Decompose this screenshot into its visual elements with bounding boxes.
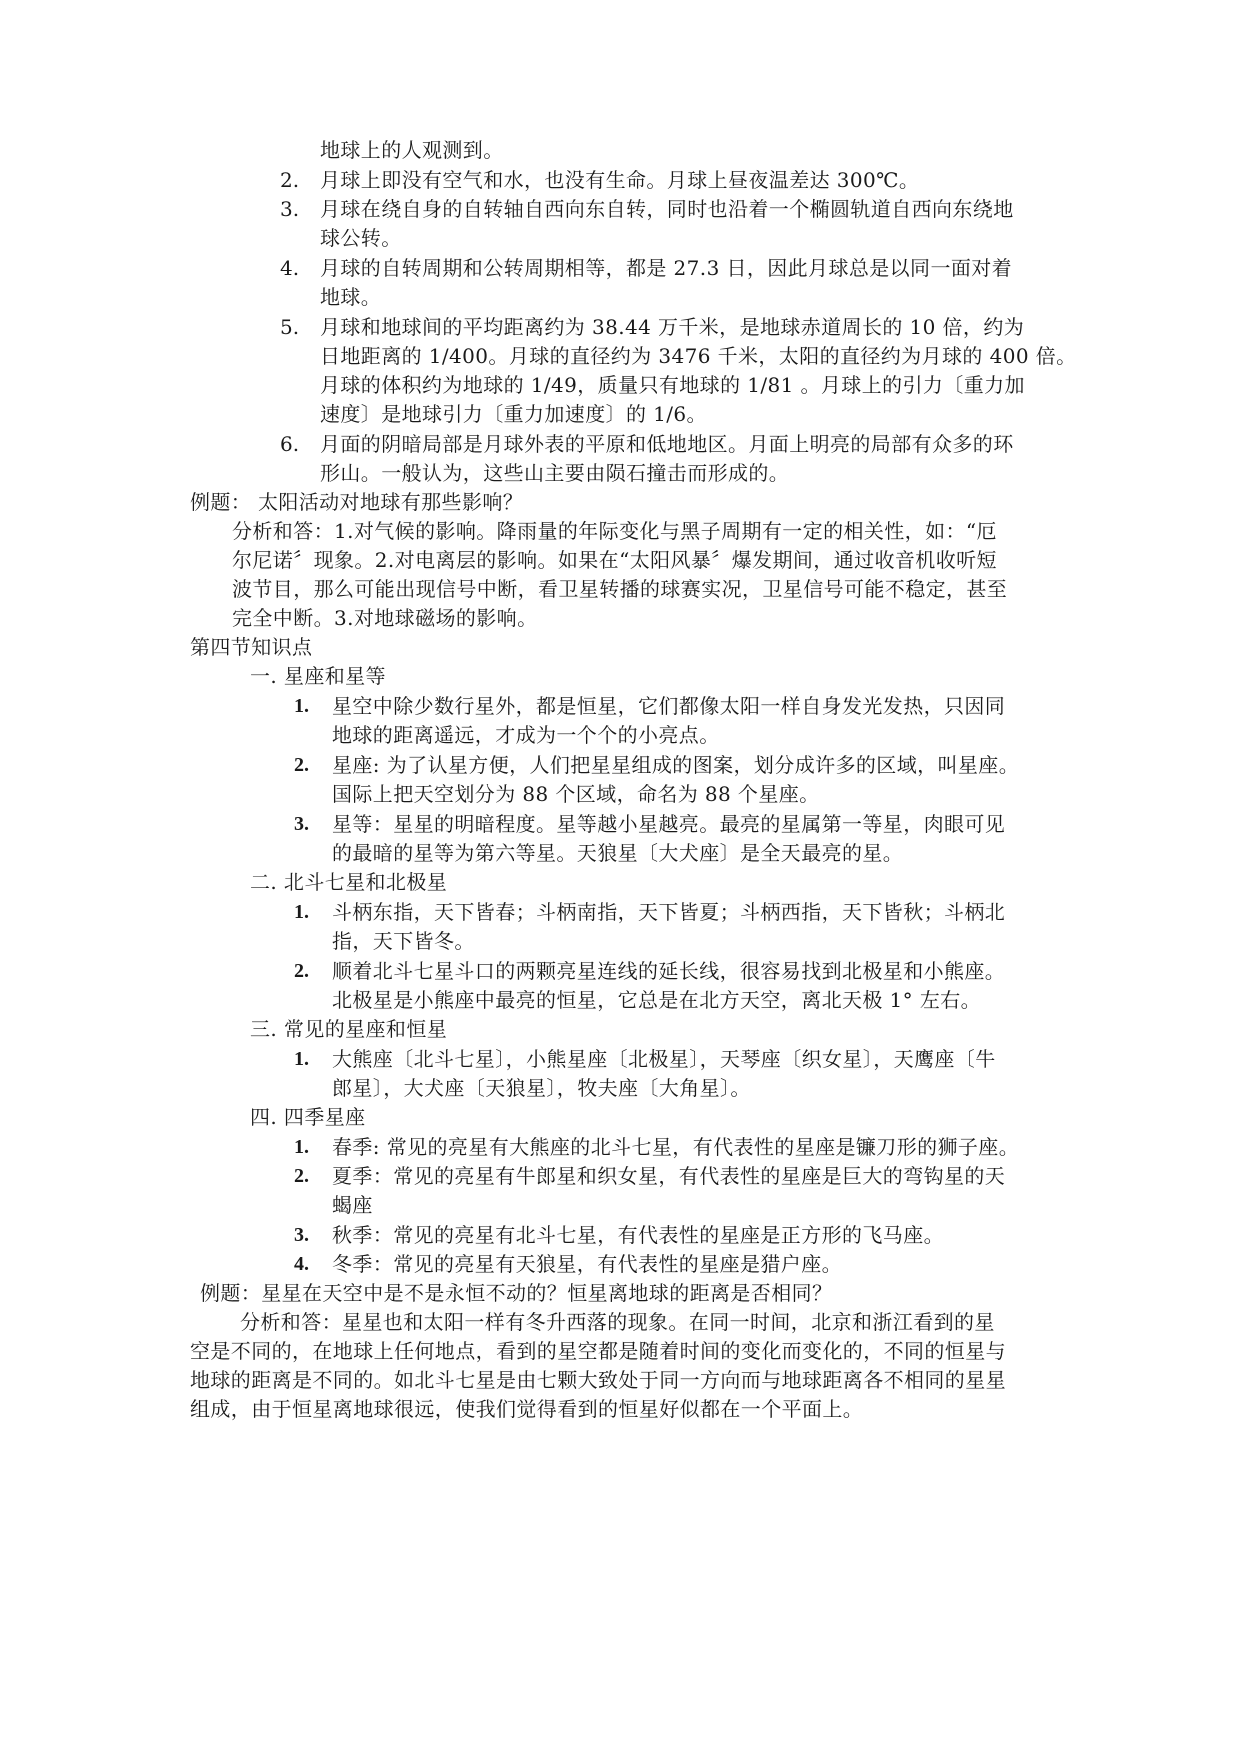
list-number: 1. — [294, 898, 309, 927]
list-item-line: 北极星是小熊座中最亮的恒星，它总是在北方天空，离北天极 1° 左右。 — [332, 986, 981, 1015]
list-item-line: 星等：星星的明暗程度。星等越小星越亮。最亮的星属第一等星，肉眼可见 — [332, 810, 1005, 839]
list-item-line: 郎星〕，大犬座〔天狼星〕，牧夫座〔大角星〕。 — [332, 1074, 751, 1103]
example-answer-line: 组成，由于恒星离地球很远，使我们觉得看到的恒星好似都在一个平面上。 — [190, 1395, 863, 1424]
example-answer-line: 空是不同的，在地球上任何地点，看到的星空都是随着时间的变化而变化的，不同的恒星与 — [190, 1337, 1006, 1366]
document-page: 地球上的人观测到。 2. 月球上即没有空气和水，也没有生命。月球上昼夜温差达 3… — [0, 0, 1241, 1754]
list-item-line: 蝎座 — [332, 1191, 373, 1220]
list-item-line: 形山。一般认为，这些山主要由陨石撞击而形成的。 — [320, 459, 789, 488]
list-number: 1. — [294, 692, 309, 721]
list-number: 5. — [280, 313, 299, 342]
section-heading: 三. 常见的星座和恒星 — [250, 1015, 447, 1044]
list-item-line: 星空中除少数行星外，都是恒星，它们都像太阳一样自身发光发热，只因同 — [332, 692, 1005, 721]
list-item-line: 月球的自转周期和公转周期相等，都是 27.3 日，因此月球总是以同一面对着 — [320, 254, 1012, 283]
list-item-line: 月球和地球间的平均距离约为 38.44 万千米，是地球赤道周长的 10 倍，约为 — [320, 313, 1024, 342]
section-heading: 二. 北斗七星和北极星 — [250, 868, 447, 897]
list-number: 1. — [294, 1133, 309, 1162]
example-answer-line: 完全中断。3.对地球磁场的影响。 — [232, 604, 537, 633]
list-number: 4. — [280, 254, 299, 283]
list-item-line: 秋季：常见的亮星有北斗七星，有代表性的星座是正方形的飞马座。 — [332, 1221, 944, 1250]
list-item-line: 地球。 — [320, 283, 381, 312]
list-number: 2. — [294, 1162, 309, 1191]
list-number: 3. — [294, 810, 309, 839]
list-item-line: 日地距离的 1/400。月球的直径约为 3476 千米，太阳的直径约为月球的 4… — [320, 342, 1077, 371]
list-number: 4. — [294, 1250, 309, 1279]
list-item-line: 冬季：常见的亮星有天狼星，有代表性的星座是猎户座。 — [332, 1250, 842, 1279]
list-item-line: 球公转。 — [320, 224, 402, 253]
list-number: 3. — [294, 1221, 309, 1250]
list-item-line: 速度〕是地球引力〔重力加速度〕的 1/6。 — [320, 400, 707, 429]
list-item-line: 的最暗的星等为第六等星。天狼星〔大犬座〕是全天最亮的星。 — [332, 839, 903, 868]
list-item-line: 月球在绕自身的自转轴自西向东自转，同时也沿着一个椭圆轨道自西向东绕地 — [320, 195, 1014, 224]
section-title: 第四节知识点 — [190, 633, 312, 662]
list-item-line: 星座: 为了认星方便，人们把星星组成的图案，划分成许多的区域，叫星座。 — [332, 751, 1019, 780]
list-item-line: 指，天下皆冬。 — [332, 927, 475, 956]
list-item-line: 斗柄东指，天下皆春；斗柄南指，天下皆夏；斗柄西指，天下皆秋；斗柄北 — [332, 898, 1005, 927]
section-heading: 一. 星座和星等 — [250, 662, 386, 691]
example-answer-line: 分析和答：星星也和太阳一样有冬升西落的现象。在同一时间，北京和浙江看到的星 — [240, 1308, 995, 1337]
list-item-line: 春季: 常见的亮星有大熊座的北斗七星，有代表性的星座是镰刀形的狮子座。 — [332, 1133, 1019, 1162]
list-item-line: 月球的体积约为地球的 1/49，质量只有地球的 1/81 。月球上的引力〔重力加 — [320, 371, 1025, 400]
list-number: 2. — [294, 751, 309, 780]
example-question: 例题： 太阳活动对地球有那些影响？ — [190, 488, 523, 517]
list-item-line: 国际上把天空划分为 88 个区域，命名为 88 个星座。 — [332, 780, 820, 809]
example-answer-line: 分析和答：1.对气候的影响。降雨量的年际变化与黑子周期有一定的相关性，如：“厄 — [232, 517, 997, 546]
list-number: 6. — [280, 430, 299, 459]
section-heading: 四. 四季星座 — [250, 1103, 366, 1132]
list-item-line: 大熊座〔北斗七星〕，小熊星座〔北极星〕，天琴座〔织女星〕，天鹰座〔牛 — [332, 1045, 996, 1074]
example-answer-line: 地球的距离是不同的。如北斗七星是由七颗大致处于同一方向而与地球距离各不相同的星星 — [190, 1366, 1006, 1395]
continuation-line: 地球上的人观测到。 — [320, 136, 504, 165]
list-item-line: 月面的阴暗局部是月球外表的平原和低地地区。月面上明亮的局部有众多的环 — [320, 430, 1014, 459]
list-item-line: 月球上即没有空气和水，也没有生命。月球上昼夜温差达 300℃。 — [320, 166, 919, 195]
example-question: 例题：星星在天空中是不是永恒不动的？恒星离地球的距离是否相同？ — [200, 1279, 832, 1308]
list-item-line: 夏季：常见的亮星有牛郎星和织女星，有代表性的星座是巨大的弯钩星的天 — [332, 1162, 1005, 1191]
example-answer-line: 尔尼诺〞现象。2.对电离层的影响。如果在“太阳风暴〞爆发期间，通过收音机收听短 — [232, 546, 997, 575]
list-item-line: 顺着北斗七星斗口的两颗亮星连线的延长线，很容易找到北极星和小熊座。 — [332, 957, 1005, 986]
example-answer-line: 波节目，那么可能出现信号中断，看卫星转播的球赛实况，卫星信号可能不稳定，甚至 — [232, 575, 1007, 604]
list-number: 3. — [280, 195, 299, 224]
list-number: 2. — [294, 957, 309, 986]
list-number: 2. — [280, 166, 299, 195]
list-number: 1. — [294, 1045, 309, 1074]
list-item-line: 地球的距离遥远，才成为一个个的小亮点。 — [332, 721, 720, 750]
